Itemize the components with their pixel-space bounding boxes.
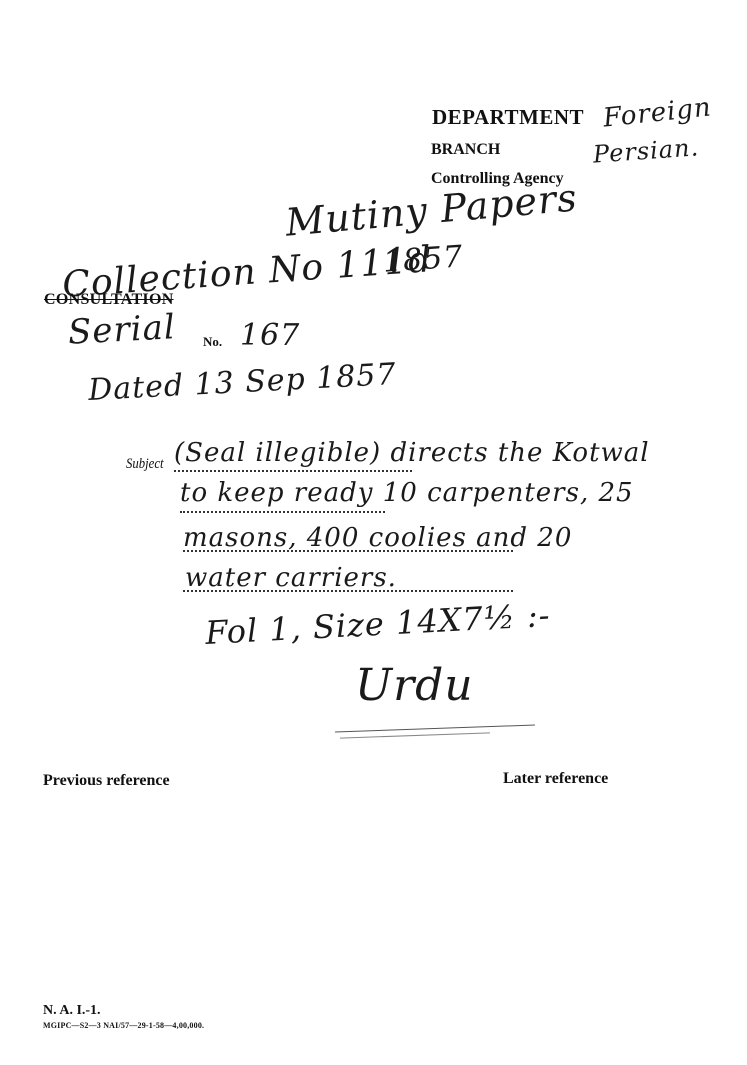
language: Urdu [355,660,474,711]
subject-line-3: masons, 400 coolies and 20 [183,523,572,553]
later-reference-label: Later reference [503,770,608,788]
language-underline [340,732,490,738]
department-value: Foreign [602,92,713,133]
language-underline [335,725,535,733]
subject-line-4: water carriers. [185,563,397,593]
form-code: N. A. I.-1. [43,1003,101,1019]
consultation-label: CONSULTATION [44,291,174,309]
serial-number: 167 [240,318,300,353]
subject-label: Subject [126,456,164,473]
number-label: No. [203,334,222,350]
subject-line-1: (Seal illegible) directs the Kotwal [174,438,650,468]
department-label: DEPARTMENT [432,105,584,130]
subject-dotted-line [174,470,412,472]
record-date: Dated 13 Sep 1857 [87,357,397,408]
folio-size: Fol 1, Size 14X7½ :- [204,596,551,652]
serial-word: Serial [67,307,177,353]
print-code: MGIPC—S2—3 NAI/57—29-1-58—4,00,000. [43,1021,204,1030]
subject-line-2: to keep ready 10 carpenters, 25 [180,478,634,508]
branch-label: BRANCH [431,141,500,159]
branch-value: Persian. [592,133,700,168]
subject-dotted-line [180,511,385,513]
previous-reference-label: Previous reference [43,772,170,790]
